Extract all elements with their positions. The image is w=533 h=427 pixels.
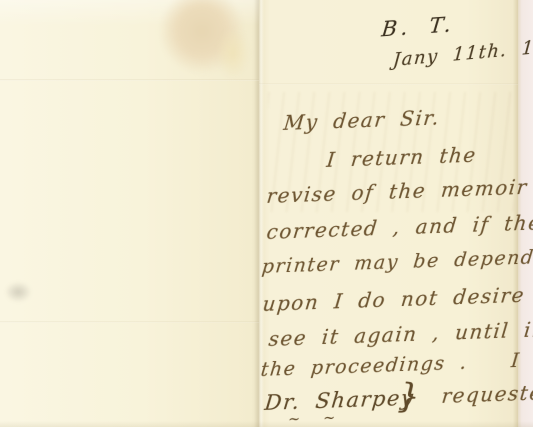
stain-halo bbox=[215, 18, 260, 88]
letter-scan: B. T. Jany 11th. 1856 My dear Sir. I ret… bbox=[0, 0, 533, 427]
docket-brace: } bbox=[397, 376, 422, 417]
bottom-page-shadow bbox=[0, 421, 533, 427]
crease-line bbox=[259, 83, 518, 85]
gray-smudge bbox=[2, 278, 38, 306]
docket-flourish: ~ ~ bbox=[287, 410, 342, 427]
crease-line bbox=[0, 321, 259, 323]
body-line: requested bbox=[440, 380, 533, 408]
crease-line bbox=[0, 79, 259, 81]
